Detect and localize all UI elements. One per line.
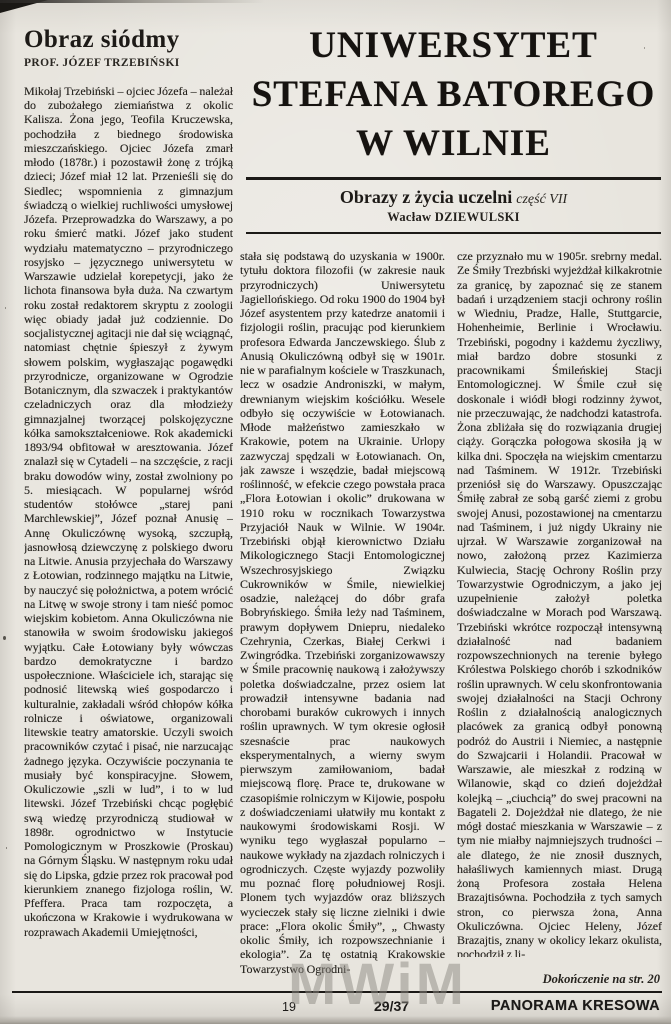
article-columns: stała się podstawą do uzyskania w 1900r.… <box>240 249 663 988</box>
main-article-header: UNIWERSYTET STEFANA BATOREGO W WILNIE Ob… <box>246 21 661 234</box>
subtitle: Obrazy z życia uczelni <box>340 187 512 207</box>
publication-name: PANORAMA KRESOWA <box>491 998 660 1014</box>
main-title-line-3: W WILNIE <box>246 119 661 168</box>
scanned-newspaper-page: Obraz siódmy PROF. JÓZEF TRZEBIŃSKI Miko… <box>0 0 671 1024</box>
column-right-text: cze przyznało mu w 1905r. srebrny medal.… <box>457 249 662 957</box>
main-title: UNIWERSYTET STEFANA BATOREGO W WILNIE <box>246 21 661 168</box>
column-middle-text: stała się podstawą do uzyskania w 1900r.… <box>240 249 445 976</box>
header-divider-top <box>246 177 661 180</box>
subtitle-part-number: część VII <box>516 192 567 207</box>
left-article: Obraz siódmy PROF. JÓZEF TRZEBIŃSKI Miko… <box>24 26 233 972</box>
column-right: cze przyznało mu w 1905r. srebrny medal.… <box>457 249 662 988</box>
left-article-author: PROF. JÓZEF TRZEBIŃSKI <box>24 57 233 69</box>
column-middle: stała się podstawą do uzyskania w 1900r.… <box>240 249 445 988</box>
main-title-line-2: STEFANA BATOREGO <box>246 70 661 119</box>
header-divider-bottom <box>246 232 661 234</box>
subtitle-line: Obrazy z życia uczelni część VII <box>246 187 661 208</box>
scan-speck <box>3 636 6 640</box>
scan-top-edge <box>0 0 265 3</box>
main-article-author: Wacław DZIEWULSKI <box>246 210 661 225</box>
scan-bottom-edge <box>0 1016 671 1024</box>
left-article-body: Mikołaj Trzebiński – ojciec Józefa – nal… <box>24 84 233 972</box>
continuation-note: Dokończenie na str. 20 <box>535 972 660 987</box>
left-article-title: Obraz siódmy <box>24 26 233 55</box>
watermark-text: MWiM <box>288 956 467 1014</box>
main-title-line-1: UNIWERSYTET <box>246 21 661 70</box>
